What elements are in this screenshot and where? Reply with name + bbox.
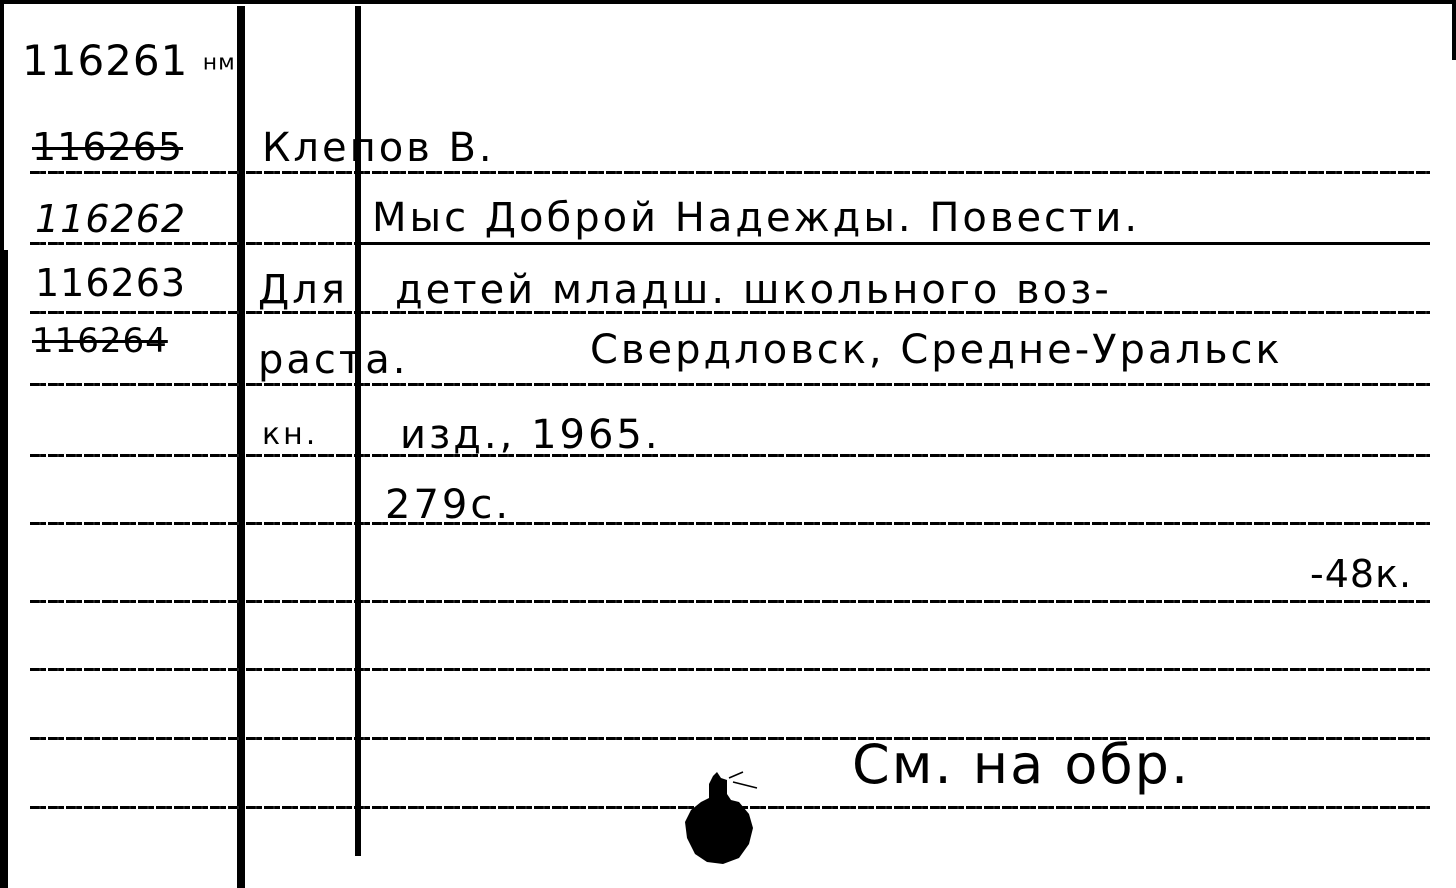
imprint-publisher-year: изд., 1965. — [400, 415, 661, 455]
annotation-line: детей младш. школьного воз- — [395, 270, 1112, 310]
inventory-number: 116263 — [35, 264, 186, 302]
imprint-place-publisher: Свердловск, Средне-Уральск — [590, 330, 1283, 370]
inventory-number: 116262 — [35, 200, 186, 238]
column-divider-inventory — [237, 6, 245, 888]
ruling-line — [30, 737, 1430, 740]
pagination: 279с. — [385, 485, 511, 525]
annotation-line-start: раста. — [258, 340, 408, 380]
ink-blot-icon — [683, 770, 759, 866]
card-left-edge-lower — [0, 250, 8, 888]
card-left-edge — [0, 0, 4, 250]
catalog-card: 116261 нм 116265 116262 116263 116264 Кл… — [0, 0, 1456, 888]
ruling-line — [30, 600, 1430, 603]
title-line: Мыс Доброй Надежды. Повести. — [372, 198, 1140, 238]
ruling-line — [30, 242, 360, 245]
ruling-line — [30, 522, 1430, 525]
ruling-line — [30, 668, 1430, 671]
inventory-number-struck: 116265 — [32, 128, 183, 166]
ruling-line — [30, 454, 1430, 457]
imprint-line-start: кн. — [262, 420, 318, 450]
inventory-number: 116261 нм — [22, 40, 236, 82]
ruling-line — [30, 383, 1430, 386]
ruling-line — [30, 171, 1430, 174]
price: -48к. — [1310, 555, 1412, 593]
ruling-line — [360, 242, 1430, 245]
annotation-line-start: Для — [258, 270, 348, 310]
inventory-number-struck: 116264 — [32, 324, 168, 358]
inventory-mark: нм — [203, 51, 236, 76]
card-top-edge — [0, 0, 1456, 4]
card-right-edge — [1452, 0, 1456, 60]
author-heading: Клепов В. — [262, 128, 495, 168]
see-reverse-note: См. на обр. — [852, 738, 1190, 792]
